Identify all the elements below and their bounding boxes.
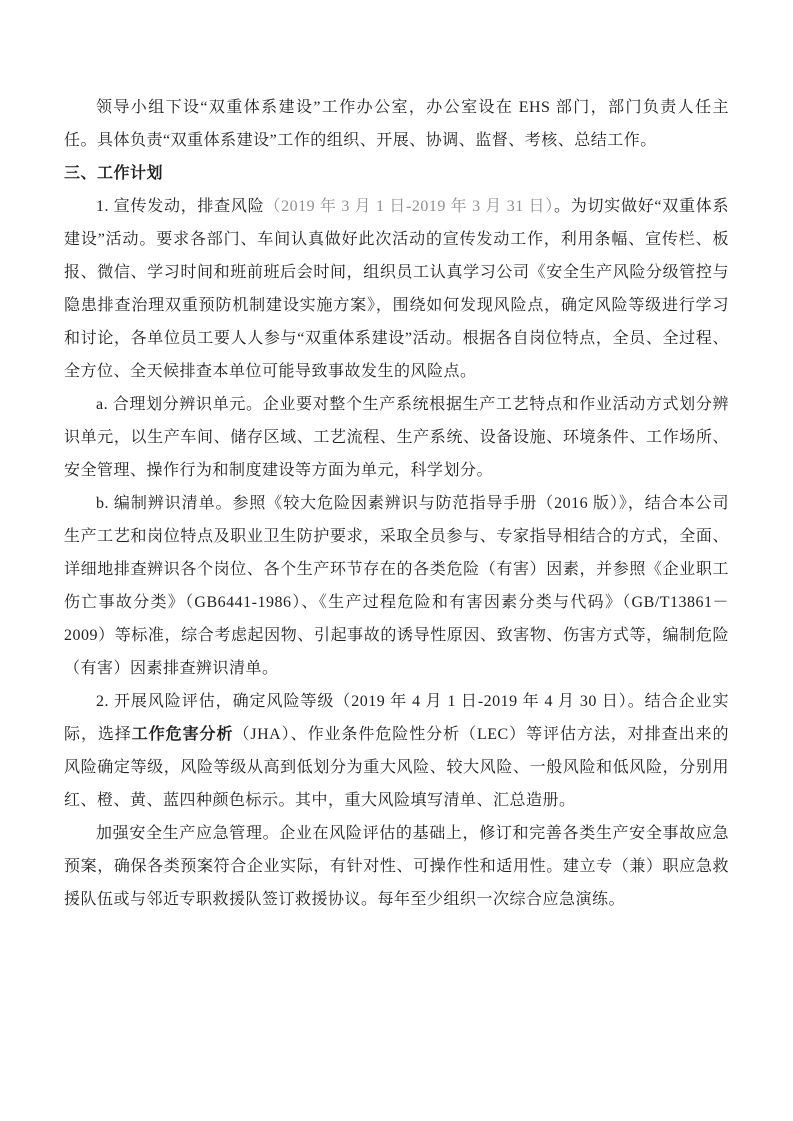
text-run: 。为切实做好“双重体系建设”活动。要求各部门、车间认真做好此次活动的宣传发动工作… [64, 198, 729, 380]
document-body: 领导小组下设“双重体系建设”工作办公室，办公室设在 EHS 部门，部门负责人任主… [64, 91, 729, 916]
section-heading: 三、工作计划 [64, 157, 729, 190]
document-paragraph: a. 合理划分辨识单元。企业要对整个生产系统根据生产工艺特点和作业活动方式划分辨… [64, 388, 729, 487]
document-paragraph: 2. 开展风险评估，确定风险等级（2019 年 4 月 1 日-2019 年 4… [64, 685, 729, 817]
text-run: 1. 宣传发动，排查风险 [96, 198, 264, 215]
document-paragraph: 领导小组下设“双重体系建设”工作办公室，办公室设在 EHS 部门，部门负责人任主… [64, 91, 729, 157]
text-run: 工作危害分析 [132, 726, 234, 743]
document-paragraph: 1. 宣传发动，排查风险（2019 年 3 月 1 日-2019 年 3 月 3… [64, 190, 729, 388]
text-run: 三、工作计划 [64, 165, 163, 182]
text-run: 加强安全生产应急管理。企业在风险评估的基础上，修订和完善各类生产安全事故应急预案… [64, 825, 729, 908]
document-paragraph: b. 编制辨识清单。参照《较大危险因素辨识与防范指导手册（2016 版）》，结合… [64, 487, 729, 685]
text-run: 领导小组下设“双重体系建设”工作办公室，办公室设在 EHS 部门，部门负责人任主… [64, 99, 729, 149]
text-run: （2019 年 3 月 1 日-2019 年 3 月 31 日） [264, 198, 554, 215]
text-run: b. 编制辨识清单。参照《较大危险因素辨识与防范指导手册（2016 版）》，结合… [64, 495, 729, 677]
document-paragraph: 加强安全生产应急管理。企业在风险评估的基础上，修订和完善各类生产安全事故应急预案… [64, 817, 729, 916]
document-page: 领导小组下设“双重体系建设”工作办公室，办公室设在 EHS 部门，部门负责人任主… [0, 0, 793, 1121]
text-run: a. 合理划分辨识单元。企业要对整个生产系统根据生产工艺特点和作业活动方式划分辨… [64, 396, 729, 479]
